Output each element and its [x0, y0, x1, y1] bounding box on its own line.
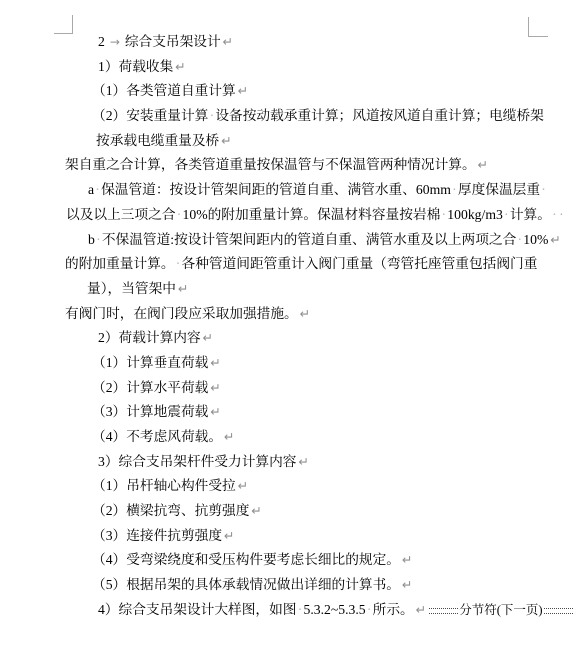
text-run: （2）计算水平荷载 [92, 380, 208, 395]
text-run: 厚度保温层重 [458, 182, 540, 197]
text-run: 不保温管道:按设计管架间距内的管道自重、满管水重及以上两项之合 [102, 232, 516, 247]
space-mark: · [366, 598, 373, 623]
text-line: （1）吊杆轴心构件受拉↵ [65, 474, 543, 499]
text-line: 架自重之合计算，各类管道重量按保温管与不保温管两种情况计算。↵ [65, 153, 543, 178]
text-run: 计算。 [510, 207, 551, 222]
paragraph-return-mark: ↵ [478, 157, 488, 172]
text-line: （4）受弯梁绕度和受压构件要考虑长细比的规定。↵ [65, 548, 543, 573]
text-run: 10%的附加重量计算。保温材料容量按岩棉 [183, 207, 441, 222]
text-line: 量），当管架中↵ [65, 277, 543, 302]
text-run: （3）连接件抗剪强度 [92, 528, 222, 543]
paragraph-return-mark: ↵ [402, 577, 412, 592]
section-break-dots-right [544, 608, 573, 614]
space-mark: · [175, 252, 182, 277]
paragraph-return-mark: ↵ [210, 404, 220, 419]
text-run: 5.3.2~5.3.5 [303, 602, 365, 617]
text-line: （1）计算垂直荷载↵ [65, 351, 543, 376]
text-line: 的附加重量计算。·各种管道间距管重计入阀门重量（弯管托座管重包括阀门重 [65, 252, 543, 277]
text-line: 有阀门时，在阀门段应采取加强措施。↵ [65, 302, 543, 327]
paragraph-return-mark: ↵ [224, 528, 234, 543]
paragraph-return-mark: ↵ [210, 355, 220, 370]
text-run: 量），当管架中 [87, 281, 176, 296]
paragraph-return-mark: ↵ [221, 133, 231, 148]
text-run: 设备按动载承重计算；风道按风道自重计算；电缆桥架 [215, 108, 544, 123]
text-run: 所示。 [373, 602, 414, 617]
paragraph-return-mark: ↵ [203, 330, 213, 345]
text-line: 2→综合支吊架设计↵ [65, 30, 543, 55]
text-run: （2）横梁抗弯、抗剪强度 [92, 503, 249, 518]
paragraph-return-mark: ↵ [178, 281, 188, 296]
text-line: a·保温管道：按设计管架间距的管道自重、满管水重、60mm·厚度保温层重· [65, 178, 543, 203]
text-line: 1）荷载收集↵ [65, 55, 543, 80]
section-break-label: 分节符(下一页) [458, 598, 543, 623]
text-line: （5）根据吊架的具体承载情况做出详细的计算书。↵ [65, 573, 543, 598]
text-run: 保温管道：按设计管架间距的管道自重、满管水重、60mm [101, 182, 451, 197]
text-run: 架自重之合计算，各类管道重量按保温管与不保温管两种情况计算。 [65, 157, 476, 172]
text-run: （4）受弯梁绕度和受压构件要考虑长细比的规定。 [92, 552, 400, 567]
text-line: （1）各类管道自重计算↵ [65, 79, 543, 104]
text-run: 2）荷载计算内容 [98, 330, 201, 345]
text-run: 的附加重量计算。 [65, 256, 175, 271]
text-run: 按承载电缆重量及桥 [96, 133, 219, 148]
text-run: b [88, 232, 95, 247]
paragraph-return-mark: ↵ [300, 306, 310, 321]
text-run: （4）不考虑风荷载。 [92, 429, 222, 444]
space-mark: · [451, 178, 458, 203]
section-break-dots-left [429, 608, 458, 614]
text-run: （1）吊杆轴心构件受拉 [92, 478, 236, 493]
space-mark: · [540, 178, 547, 203]
paragraph-return-mark: ↵ [223, 34, 233, 49]
space-mark: · [503, 203, 510, 228]
text-run: （2）安装重量计算 [92, 108, 208, 123]
paragraph-return-mark: ↵ [251, 503, 261, 518]
space-mark: · [95, 228, 102, 253]
text-run: （3）计算地震荷载 [92, 404, 208, 419]
paragraph-return-mark: ↵ [238, 83, 248, 98]
paragraph-return-mark: ↵ [238, 478, 248, 493]
text-line: （2）计算水平荷载↵ [65, 376, 543, 401]
text-run: （1）各类管道自重计算 [92, 83, 236, 98]
text-line: （3）连接件抗剪强度↵ [65, 524, 543, 549]
tab-mark: → [105, 30, 125, 55]
space-mark: · [176, 203, 183, 228]
text-line: b·不保温管道:按设计管架间距内的管道自重、满管水重及以上两项之合·10%↵ [65, 228, 543, 253]
paragraph-return-mark: ↵ [224, 429, 234, 444]
paragraph-return-mark: ↵ [298, 454, 308, 469]
text-run: 各种管道间距管重计入阀门重量（弯管托座管重包括阀门重 [182, 256, 538, 271]
text-line: 2）荷载计算内容↵ [65, 326, 543, 351]
paragraph-return-mark: ↵ [210, 380, 220, 395]
paragraph-return-mark: ↵ [175, 59, 185, 74]
text-run: 100kg/m3 [447, 207, 503, 222]
text-run: 以及以上三项之合 [66, 207, 176, 222]
paragraph-return-mark: ↵ [416, 602, 426, 617]
text-run: 有阀门时，在阀门段应采取加强措施。 [65, 306, 298, 321]
text-line: 4）综合支吊架设计大样图，如图·5.3.2~5.3.5·所示。↵分节符(下一页) [65, 598, 543, 623]
text-line: （3）计算地震荷载↵ [65, 400, 543, 425]
space-mark: · [558, 203, 565, 228]
text-block[interactable]: 2→综合支吊架设计↵1）荷载收集↵（1）各类管道自重计算↵（2）安装重量计算·设… [65, 30, 543, 623]
paragraph-return-mark: ↵ [402, 552, 412, 567]
text-line: 以及以上三项之合·10%的附加重量计算。保温材料容量按岩棉·100kg/m3·计… [65, 203, 543, 228]
text-line: 3）综合支吊架杆件受力计算内容↵ [65, 450, 543, 475]
text-run: 综合支吊架设计 [125, 34, 221, 49]
paragraph-return-mark: ↵ [550, 232, 560, 247]
text-run: 2 [98, 34, 105, 49]
text-line: （2）安装重量计算·设备按动载承重计算；风道按风道自重计算；电缆桥架 [65, 104, 543, 129]
section-break-mark: 分节符(下一页) [429, 598, 572, 623]
text-line: （4）不考虑风荷载。↵ [65, 425, 543, 450]
text-line: （2）横梁抗弯、抗剪强度↵ [65, 499, 543, 524]
text-run: 1）荷载收集 [98, 59, 173, 74]
document-page: 2→综合支吊架设计↵1）荷载收集↵（1）各类管道自重计算↵（2）安装重量计算·设… [0, 0, 588, 647]
text-run: 10% [523, 232, 548, 247]
text-run: （5）根据吊架的具体承载情况做出详细的计算书。 [92, 577, 400, 592]
space-mark: · [551, 203, 558, 228]
text-run: 4）综合支吊架设计大样图，如图 [98, 602, 296, 617]
text-run: （1）计算垂直荷载 [92, 355, 208, 370]
text-run: 3）综合支吊架杆件受力计算内容 [98, 454, 296, 469]
text-line: 按承载电缆重量及桥↵ [65, 129, 543, 154]
